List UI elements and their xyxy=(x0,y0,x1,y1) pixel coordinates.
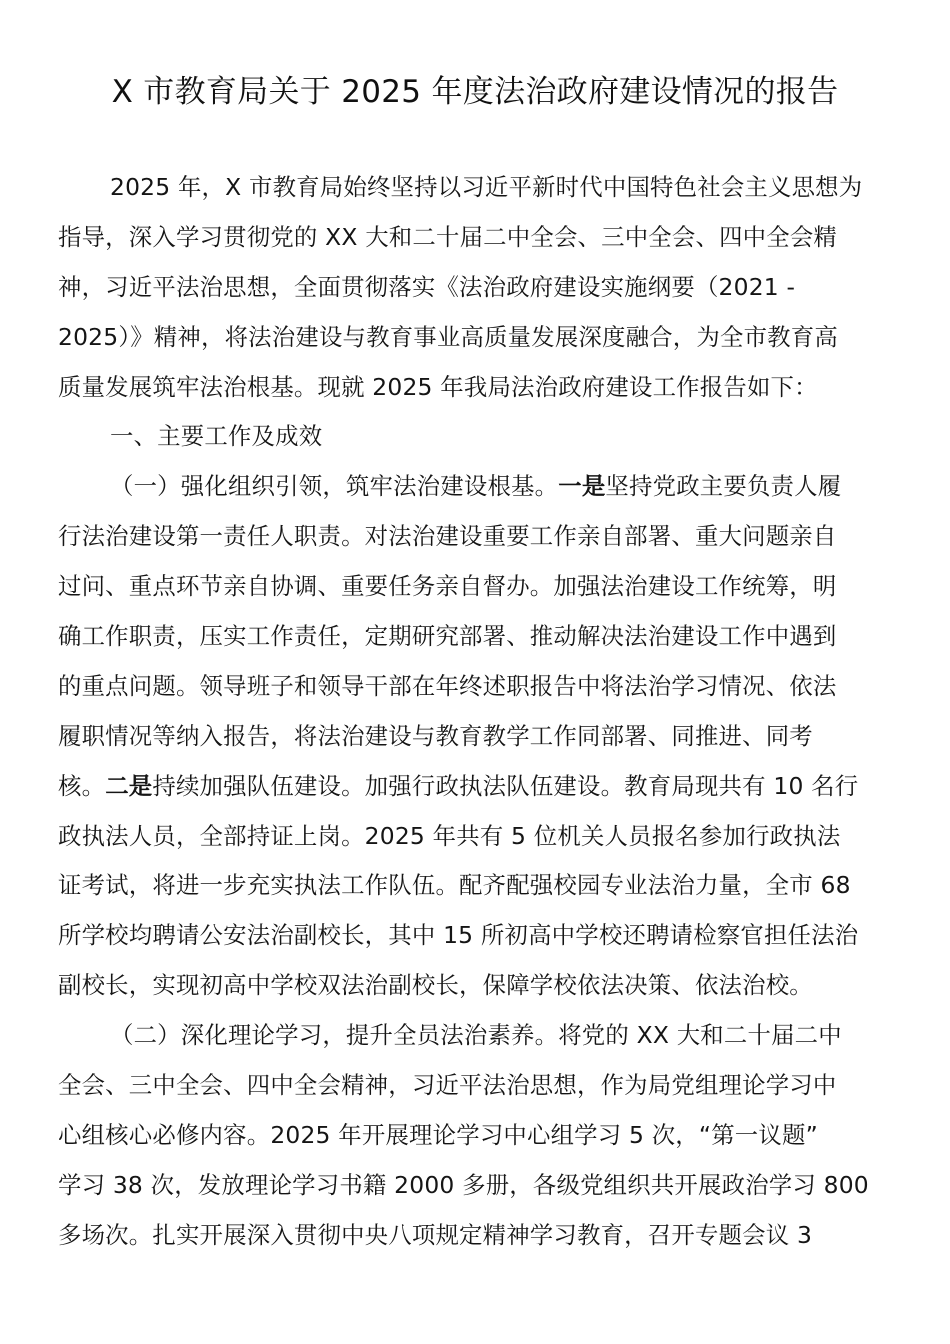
text-run: 坚持党政主要负责人履 xyxy=(605,472,841,500)
text-run: 确工作职责，压实工作责任，定期研究部署、推动解决法治建设工作中遇到 xyxy=(58,622,837,650)
text-line: 心组核心必修内容。2025 年开展理论学习中心组学习 5 次，“第一议题” xyxy=(58,1111,898,1161)
text-run: 学习 38 次，发放理论学习书籍 2000 多册，各级党组织共开展政治学习 80… xyxy=(58,1171,869,1199)
text-line: 行法治建设第一责任人职责。对法治建设重要工作亲自部署、重大问题亲自 xyxy=(58,512,898,562)
text-line: 指导，深入学习贯彻党的 XX 大和二十届二中全会、三中全会、四中全会精 xyxy=(58,213,898,263)
text-line: 一、主要工作及成效 xyxy=(58,412,898,462)
text-line: 质量发展筑牢法治根基。现就 2025 年我局法治政府建设工作报告如下： xyxy=(58,363,898,413)
text-run: 履职情况等纳入报告，将法治建设与教育教学工作同部署、同推进、同考 xyxy=(58,722,813,750)
text-line: 证考试，将进一步充实执法工作队伍。配齐配强校园专业法治力量，全市 68 xyxy=(58,861,898,911)
text-run: 证考试，将进一步充实执法工作队伍。配齐配强校园专业法治力量，全市 68 xyxy=(58,871,851,899)
text-line: 2025）》精神，将法治建设与教育事业高质量发展深度融合，为全市教育高 xyxy=(58,313,898,363)
document-page: X 市教育局关于 2025 年度法治政府建设情况的报告 2025 年，X 市教育… xyxy=(0,0,950,1344)
bold-emphasis: 二是 xyxy=(105,772,152,800)
text-run: 过问、重点环节亲自协调、重要任务亲自督办。加强法治建设工作统筹，明 xyxy=(58,572,837,600)
text-run: 质量发展筑牢法治根基。现就 2025 年我局法治政府建设工作报告如下： xyxy=(58,373,818,401)
text-run: 多场次。扎实开展深入贯彻中央八项规定精神学习教育，召开专题会议 3 xyxy=(58,1221,812,1249)
text-run: 的重点问题。领导班子和领导干部在年终述职报告中将法治学习情况、依法 xyxy=(58,672,837,700)
text-line: 的重点问题。领导班子和领导干部在年终述职报告中将法治学习情况、依法 xyxy=(58,662,898,712)
text-run: 心组核心必修内容。2025 年开展理论学习中心组学习 5 次，“第一议题” xyxy=(58,1121,818,1149)
text-run: 行法治建设第一责任人职责。对法治建设重要工作亲自部署、重大问题亲自 xyxy=(58,522,837,550)
text-line: 多场次。扎实开展深入贯彻中央八项规定精神学习教育，召开专题会议 3 xyxy=(58,1211,898,1261)
text-line: 神，习近平法治思想，全面贯彻落实《法治政府建设实施纲要（2021 - xyxy=(58,263,898,313)
text-run: 2025 年，X 市教育局始终坚持以习近平新时代中国特色社会主义思想为 xyxy=(110,173,862,201)
document-body: 2025 年，X 市教育局始终坚持以习近平新时代中国特色社会主义思想为指导，深入… xyxy=(58,163,898,1261)
document-title: X 市教育局关于 2025 年度法治政府建设情况的报告 xyxy=(0,66,950,118)
text-run: 指导，深入学习贯彻党的 XX 大和二十届二中全会、三中全会、四中全会精 xyxy=(58,223,837,251)
text-line: （二）深化理论学习，提升全员法治素养。将党的 XX 大和二十届二中 xyxy=(58,1011,898,1061)
text-line: 确工作职责，压实工作责任，定期研究部署、推动解决法治建设工作中遇到 xyxy=(58,612,898,662)
text-run: 神，习近平法治思想，全面贯彻落实《法治政府建设实施纲要（2021 - xyxy=(58,273,795,301)
text-line: 政执法人员，全部持证上岗。2025 年共有 5 位机关人员报名参加行政执法 xyxy=(58,812,898,862)
text-line: 履职情况等纳入报告，将法治建设与教育教学工作同部署、同推进、同考 xyxy=(58,712,898,762)
text-run: （二）深化理论学习，提升全员法治素养。将党的 XX 大和二十届二中 xyxy=(110,1021,842,1049)
text-run: （一）强化组织引领，筑牢法治建设根基。 xyxy=(110,472,558,500)
bold-emphasis: 一是 xyxy=(558,472,605,500)
text-run: 核。 xyxy=(58,772,105,800)
text-line: 全会、三中全会、四中全会精神，习近平法治思想，作为局党组理论学习中 xyxy=(58,1061,898,1111)
text-run: 2025）》精神，将法治建设与教育事业高质量发展深度融合，为全市教育高 xyxy=(58,323,838,351)
text-line: （一）强化组织引领，筑牢法治建设根基。一是坚持党政主要负责人履 xyxy=(58,462,898,512)
text-line: 所学校均聘请公安法治副校长，其中 15 所初高中学校还聘请检察官担任法治 xyxy=(58,911,898,961)
text-run: 副校长，实现初高中学校双法治副校长，保障学校依法决策、依法治校。 xyxy=(58,971,813,999)
text-run: 一、主要工作及成效 xyxy=(110,422,322,450)
text-line: 过问、重点环节亲自协调、重要任务亲自督办。加强法治建设工作统筹，明 xyxy=(58,562,898,612)
text-run: 全会、三中全会、四中全会精神，习近平法治思想，作为局党组理论学习中 xyxy=(58,1071,837,1099)
text-line: 副校长，实现初高中学校双法治副校长，保障学校依法决策、依法治校。 xyxy=(58,961,898,1011)
text-run: 政执法人员，全部持证上岗。2025 年共有 5 位机关人员报名参加行政执法 xyxy=(58,822,840,850)
text-run: 持续加强队伍建设。加强行政执法队伍建设。教育局现共有 10 名行 xyxy=(152,772,858,800)
text-line: 学习 38 次，发放理论学习书籍 2000 多册，各级党组织共开展政治学习 80… xyxy=(58,1161,898,1211)
text-run: 所学校均聘请公安法治副校长，其中 15 所初高中学校还聘请检察官担任法治 xyxy=(58,921,858,949)
text-line: 核。二是持续加强队伍建设。加强行政执法队伍建设。教育局现共有 10 名行 xyxy=(58,762,898,812)
text-line: 2025 年，X 市教育局始终坚持以习近平新时代中国特色社会主义思想为 xyxy=(58,163,898,213)
